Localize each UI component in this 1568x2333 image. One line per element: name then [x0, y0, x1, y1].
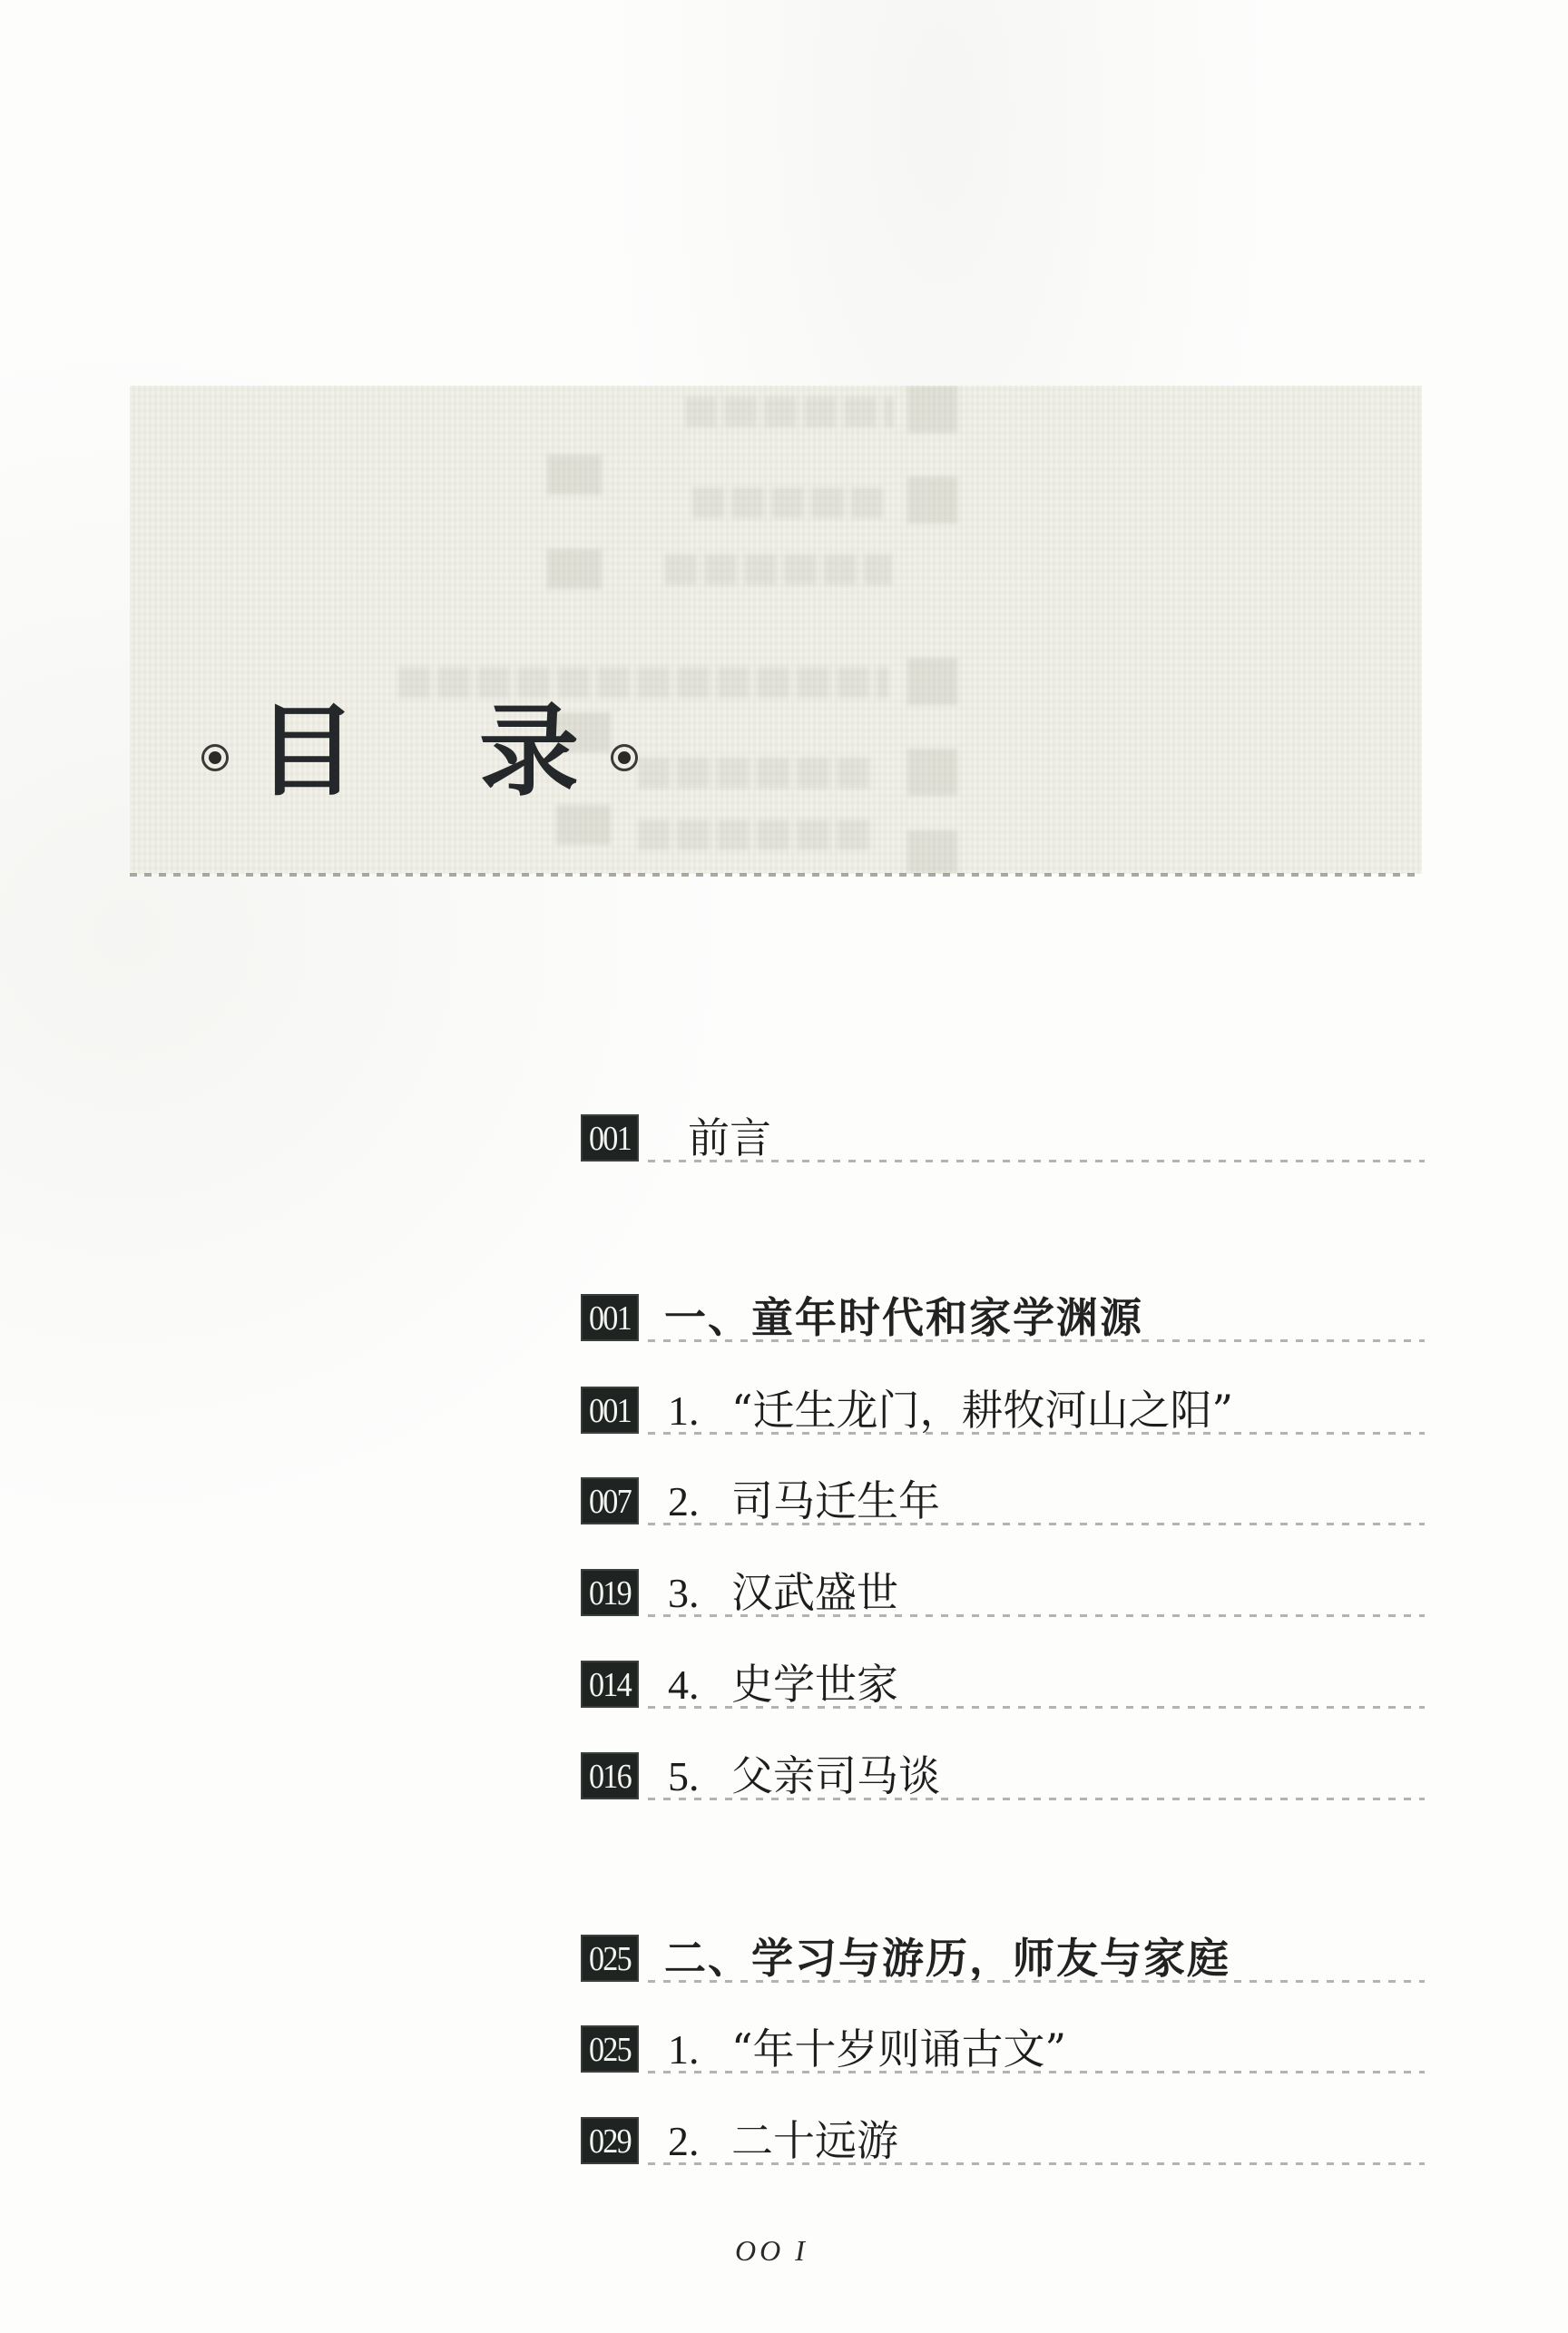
page-badge: 007	[581, 1477, 639, 1524]
ghost-badge	[547, 455, 602, 495]
section-label: “迁生龙门，耕牧河山之阳”	[731, 1386, 1233, 1435]
page-badge: 019	[581, 1569, 639, 1616]
page-badge: 001	[581, 1294, 639, 1341]
chapter-title: 一、童年时代和家学渊源	[664, 1292, 1143, 1343]
section-label: 父亲司马谈	[731, 1751, 940, 1800]
dotted-leader	[648, 1798, 1425, 1800]
page-badge: 025	[581, 2025, 639, 2073]
section-label: 史学世家	[731, 1660, 898, 1709]
page-number: OO I	[735, 2234, 808, 2268]
section-title: 2.二十远游	[668, 2115, 898, 2167]
toc-entry-section-1-3[interactable]: 019 3.汉武盛世	[581, 1569, 1425, 1620]
dotted-leader	[648, 1706, 1425, 1709]
page-badge: 029	[581, 2117, 639, 2164]
header-divider	[130, 873, 1422, 877]
dotted-leader	[648, 1432, 1425, 1435]
ghost-badge	[907, 658, 957, 705]
section-label: “年十岁则诵古文”	[731, 2024, 1066, 2073]
dotted-leader	[648, 2162, 1425, 2165]
section-title: 1.“迁生龙门，耕牧河山之阳”	[668, 1385, 1233, 1436]
section-number: 2.	[668, 2116, 731, 2167]
section-label: 司马迁生年	[731, 1476, 940, 1525]
ghost-text-line	[638, 758, 874, 789]
section-number: 1.	[668, 1386, 731, 1436]
dotted-leader	[648, 1980, 1425, 1983]
ghost-badge	[547, 549, 602, 589]
ghost-text-line	[638, 819, 874, 850]
dotted-leader	[648, 1523, 1425, 1525]
chapter-title: 二、学习与游历，师友与家庭	[664, 1933, 1230, 1984]
section-title: 2.司马迁生年	[668, 1475, 940, 1527]
dotted-leader	[648, 1614, 1425, 1617]
title-char-lu: 录	[479, 697, 579, 806]
toc-entry-section-1-4[interactable]: 014 4.史学世家	[581, 1661, 1425, 1711]
section-title: 4.史学世家	[668, 1659, 898, 1711]
section-label: 汉武盛世	[731, 1568, 898, 1617]
toc-entry-preface[interactable]: 001 前言	[581, 1114, 1425, 1165]
ghost-badge	[907, 830, 957, 874]
title-bullet-left-icon	[201, 744, 229, 771]
section-number: 1.	[668, 2024, 731, 2075]
ghost-text-line	[685, 397, 894, 427]
toc-entry-section-1-5[interactable]: 016 5.父亲司马谈	[581, 1752, 1425, 1803]
page-badge: 016	[581, 1752, 639, 1799]
section-title: 3.汉武盛世	[668, 1567, 898, 1619]
toc-entry-chapter-2[interactable]: 025 二、学习与游历，师友与家庭	[581, 1935, 1425, 1985]
dotted-leader	[648, 1339, 1425, 1342]
page-badge: 014	[581, 1661, 639, 1708]
ghost-text-line	[398, 667, 888, 698]
toc-entry-section-1-1[interactable]: 001 1.“迁生龙门，耕牧河山之阳”	[581, 1387, 1425, 1437]
toc-entry-chapter-1[interactable]: 001 一、童年时代和家学渊源	[581, 1294, 1425, 1345]
section-number: 2.	[668, 1476, 731, 1527]
section-number: 3.	[668, 1568, 731, 1619]
page-badge: 025	[581, 1935, 639, 1982]
toc-entry-section-2-1[interactable]: 025 1.“年十岁则诵古文”	[581, 2025, 1425, 2076]
toc-entry-section-2-2[interactable]: 029 2.二十远游	[581, 2117, 1425, 2168]
ghost-text-line	[665, 554, 892, 585]
entry-title: 前言	[688, 1113, 771, 1163]
ghost-badge	[907, 476, 957, 524]
section-number: 4.	[668, 1660, 731, 1711]
dotted-leader	[648, 2071, 1425, 2073]
dotted-leader	[648, 1160, 1425, 1162]
section-label: 二十远游	[731, 2116, 898, 2165]
ghost-badge	[907, 386, 957, 433]
toc-entry-section-1-2[interactable]: 007 2.司马迁生年	[581, 1477, 1425, 1528]
section-number: 5.	[668, 1751, 731, 1802]
page-badge: 001	[581, 1114, 639, 1162]
ghost-badge	[907, 749, 957, 796]
section-title: 1.“年十岁则诵古文”	[668, 2024, 1066, 2075]
ghost-badge	[556, 805, 611, 845]
title-bullet-right-icon	[611, 744, 638, 771]
title-char-mu: 目	[257, 697, 357, 806]
section-title: 5.父亲司马谈	[668, 1750, 940, 1802]
ghost-text-line	[692, 487, 883, 518]
page-badge: 001	[581, 1387, 639, 1434]
